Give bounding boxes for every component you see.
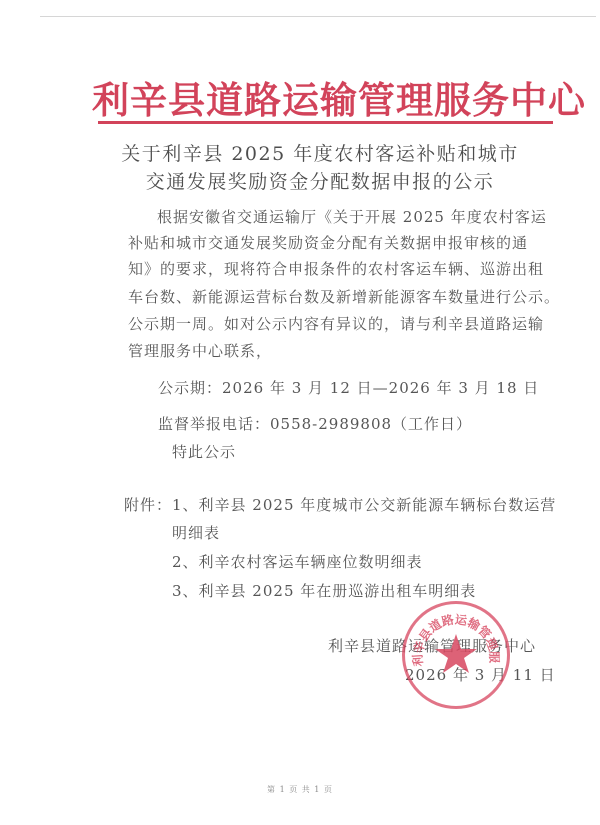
seal-star-icon: 利辛县道路运输管理服务中心 xyxy=(405,604,507,706)
attachment-item-1: 1、利辛县 2025 年度城市公交新能源车辆标台数运营 xyxy=(172,494,556,515)
publicity-period: 公示期：2026 年 3 月 12 日—2026 年 3 月 18 日 xyxy=(158,377,539,398)
attachment-item-1-cont: 明细表 xyxy=(172,522,220,543)
body-line-3: 知》的要求，现将符合申报条件的农村客运车辆、巡游出租 xyxy=(128,258,544,279)
body-line-5: 公示期一周。如对公示内容有异议的，请与利辛县道路运输 xyxy=(128,313,544,334)
closing-text: 特此公示 xyxy=(172,441,236,462)
page-indicator: 第 1 页 共 1 页 xyxy=(250,784,350,795)
attachment-item-2: 2、利辛农村客运车辆座位数明细表 xyxy=(172,551,423,572)
letterhead-rule xyxy=(98,121,553,124)
letterhead-title: 利辛县道路运输管理服务中心 xyxy=(92,78,562,122)
hotline: 监督举报电话：0558-2989808（工作日） xyxy=(158,413,472,434)
attachments-label: 附件： xyxy=(124,494,172,515)
body-line-1: 根据安徽省交通运输厅《关于开展 2025 年度农村客运 xyxy=(157,206,547,227)
document-title-line-1: 关于利辛县 2025 年度农村客运补贴和城市 xyxy=(80,140,560,168)
scan-edge xyxy=(40,16,596,17)
body-line-4: 车台数、新能源运营标台数及新增新能源客车数量进行公示。 xyxy=(128,286,560,307)
document-title-line-2: 交通发展奖励资金分配数据申报的公示 xyxy=(80,168,560,196)
body-line-2: 补贴和城市交通发展奖励资金分配有关数据申报审核的通 xyxy=(128,232,528,253)
attachment-item-3: 3、利辛县 2025 年在册巡游出租车明细表 xyxy=(172,580,476,601)
official-seal: 利辛县道路运输管理服务中心 xyxy=(402,601,510,709)
body-line-6: 管理服务中心联系， xyxy=(128,340,272,361)
